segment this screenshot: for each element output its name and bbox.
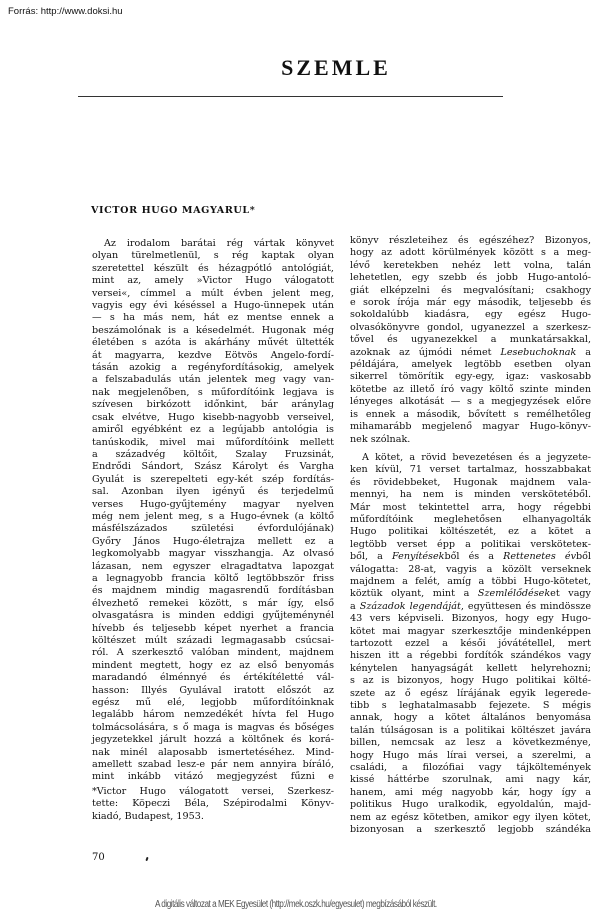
text-line: kissé háttérbe szorulnak, ami nagy kár,	[350, 774, 591, 786]
text-line: Az irodalom barátai rég vártak könyvet	[92, 238, 334, 250]
text-line: is ennek a második, bővített s remélhető…	[350, 409, 591, 421]
italic-title: Századok legendáját	[360, 601, 461, 612]
text-line: mindent megtett, hogy ez az első benyomá…	[92, 660, 334, 672]
text-line: hogy az adott körülmények között s a meg…	[350, 247, 591, 259]
text-line: másfélszázados születési évfordulójának)	[92, 523, 334, 535]
text-line: a felszabadulás után jelentek meg vagy v…	[92, 374, 334, 386]
text-line: bizonyosan a szerkesztő legjobb szándéka	[350, 824, 591, 836]
text-line: hiszen itt a régebbi fordítók szándékos …	[350, 650, 591, 662]
text-line: könyv részleteihez és egészéhez? Bizonyo…	[350, 235, 591, 247]
left-column: Az irodalom barátai rég vártak könyvetol…	[92, 238, 334, 784]
text-line: Endrődi Sándort, Szász Károlyt és Vargha	[92, 461, 334, 473]
text-line: lehetetlen, egy szebb és jobb Hugo-antol…	[350, 272, 591, 284]
text-line: ken kívül, 71 verset tartalmaz, hosszabb…	[350, 464, 591, 476]
text-line: Gyulát is szerepelteti egy-két szép ford…	[92, 474, 334, 486]
text-line: olvasókönyvre gondol, ugyanezzel a szerk…	[350, 322, 591, 334]
text-line: mennyi, ha nem is minden verskötetéből.	[350, 489, 591, 501]
scan-speck	[145, 857, 148, 861]
text-line: tartozott ezzel a késői jóvátétellel, me…	[350, 638, 591, 650]
text-line: 43 vers képviseli. Bizonyos, hogy egy Hu…	[350, 613, 591, 625]
text-line: szete az ő egész lírájának egyik legered…	[350, 688, 591, 700]
text-line: szívesen birkózott időnkint, bár arányla…	[92, 399, 334, 411]
text-line: és rövidebbeket, Hugonak majdnem vala-	[350, 477, 591, 489]
text-line: sikerrel tömörítik egy-egy, igaz: vaskos…	[350, 371, 591, 383]
text-line: giát elképzelni és megvalósítani; csakho…	[350, 285, 591, 297]
text-line: tibb s leghatalmasabb fejezete. S mégis	[350, 700, 591, 712]
text-line: e sorok írója már egy második, teljesebb…	[350, 297, 591, 309]
text-line: lévő keretekben nehéz lett volna, talán	[350, 260, 591, 272]
footnote: *Victor Hugo válogatott versei, Szerkesz…	[92, 786, 334, 823]
text-line: válogatta: 28-at, vagyis a közölt versek…	[350, 564, 591, 576]
text-line: életében s azóta is akárhány művét ültet…	[92, 337, 334, 349]
text-line: olyan türelmetlenül, s rég kaptak olyan	[92, 250, 334, 262]
source-label: Forrás: http://www.doksi.hu	[8, 6, 123, 17]
text-line: lázasan, nem egyszer elragadtatva lapozg…	[92, 561, 334, 573]
article-title: VICTOR HUGO MAGYARUL*	[91, 205, 255, 216]
text-line: családi, a filozófiai vagy tájkölteménye…	[350, 762, 591, 774]
text-line: tővel és ugyanezekkel a munkatársakkal,	[350, 334, 591, 346]
text-line: hívebb és teljesebb képet nyerhet a fran…	[92, 623, 334, 635]
text-line: és majdnem mindig magasrendű fordításban	[92, 585, 334, 597]
text-line: kiadó, Budapest, 1953.	[92, 811, 334, 823]
text-line: mint az, amely »Victor Hugo válogatott	[92, 275, 334, 287]
text-line: verses Hugo-gyűjtemény magyar nyelven	[92, 499, 334, 511]
text-line: műfordítóink meglehetősen elhanyagolták	[350, 514, 591, 526]
text-line: sal. Azonban ilyen igényű és terjedelmű	[92, 486, 334, 498]
text-line: amellett szabad lesz-e pár nem annyira b…	[92, 759, 334, 771]
digital-credit: A digitális változat a MEK Egyesület (ht…	[155, 899, 437, 910]
text-line: nem az egész kötetben, amikor egy ilyen …	[350, 812, 591, 824]
text-line: nek szólnak.	[350, 434, 591, 446]
text-line: hanem, ami még nagyobb kár, hogy így a	[350, 787, 591, 799]
text-line: tolmácsolására, s ő maga is magvas és bő…	[92, 722, 334, 734]
text-line: ből, a Fenyítésekből és a Rettenetes évb…	[350, 551, 591, 563]
text-line: kötetbe az illető író vagy költő szinte …	[350, 384, 591, 396]
italic-title: Fenyítések	[392, 551, 444, 562]
text-line: egész mű elé, legjobb műfordítóinknak	[92, 697, 334, 709]
text-line: mihamarább megjelenő magyar Hugo-könyv-	[350, 421, 591, 433]
text-line: olvasgatásra is minden eddigi gyűjtemény…	[92, 610, 334, 622]
text-line: Hugo politikai költészetét, ez a kötet a	[350, 526, 591, 538]
text-line: s az is bizonyos, hogy Hugo politikai kö…	[350, 675, 591, 687]
text-line: hogy Hugo más lírai versei, a szerelmi, …	[350, 750, 591, 762]
right-column: könyv részleteihez és egészéhez? Bizonyo…	[350, 235, 591, 837]
text-line: legkomolyabb magyar visszhangja. Az olva…	[92, 548, 334, 560]
page-number: 70	[92, 852, 105, 863]
text-line: szeretettel készült és hézagpótló antoló…	[92, 263, 334, 275]
text-line: a legnagyobb francia költő legtöbbször f…	[92, 573, 334, 585]
text-line: azoknak az újmódi német Lesebuchoknak a	[350, 347, 591, 359]
text-line: költészet múlt századi legmagasabb csúcs…	[92, 635, 334, 647]
text-line: jegyzetekkel járult hozzá a költőnek és …	[92, 734, 334, 746]
text-line: beszámolónak is a késedelmét. Hugonak mé…	[92, 325, 334, 337]
text-line: annak, hogy a kötet általános benyomása	[350, 712, 591, 724]
text-line: Már most tekintettel arra, hogy régebbi	[350, 502, 591, 514]
text-line: Győry János Hugo-életrajza mellett ez a	[92, 536, 334, 548]
journal-section-title: SZEMLE	[0, 55, 612, 81]
text-line: ról. A szerkesztő valóban mindent, majdn…	[92, 647, 334, 659]
text-line: *Victor Hugo válogatott versei, Szerkesz…	[92, 786, 334, 798]
text-line: amiről egyébként ez a legújabb antológia…	[92, 424, 334, 436]
text-line: — s ha más nem, hát ez mentse ennek a	[92, 312, 334, 324]
text-line: tásán azokig a regényfordításokig, amely…	[92, 362, 334, 374]
text-line: legtöbb verset épp a politikai verskötet…	[350, 539, 591, 551]
text-line: majdnem a felét, amíg a többi Hugo-kötet…	[350, 576, 591, 588]
text-line: A kötet, a rövid bevezetésen és a jegyze…	[350, 452, 591, 464]
text-line: köztük olyant, mint a Szemlélődéseket va…	[350, 588, 591, 600]
text-line: hasson: Illyés Gyulával iratott előszót …	[92, 685, 334, 697]
text-line: még nem jelent meg, s a Hugo-évnek (a kö…	[92, 511, 334, 523]
text-line: tanúskodik, mivel mai műfordítóink melle…	[92, 437, 334, 449]
text-line: át magyarra, kezdve Eötvös Angelo-fordí-	[92, 350, 334, 362]
text-line: a Századok legendáját, együttesen és min…	[350, 601, 591, 613]
italic-title: Rettenetes év	[503, 551, 576, 562]
italic-title: Szemlélődések	[478, 588, 550, 599]
text-line: vagyis egy évi késéssel a Hugo-ünnepek u…	[92, 300, 334, 312]
text-line: nak minél alaposabb ismertetéséhez. Mind…	[92, 747, 334, 759]
text-line: billen, nemcsak az lesz a következménye,	[350, 737, 591, 749]
text-line: sokoldalúbb kiadásra, egy egész Hugo-	[350, 309, 591, 321]
text-line: élvezhető remekei között, s már így, els…	[92, 598, 334, 610]
text-line: talán túlságosan is a politikai költésze…	[350, 725, 591, 737]
text-line: a századvég költőit, Szalay Fruzsinát,	[92, 449, 334, 461]
text-line: példájára, amelyek legtöbb esetben olyan	[350, 359, 591, 371]
text-line: tette: Köpeczi Béla, Szépirodalmi Könyv-	[92, 798, 334, 810]
italic-title: Lesebuchoknak	[500, 347, 576, 358]
text-line: lényeges alkotását — s a megjegyzések el…	[350, 396, 591, 408]
text-line: kénytelen hanyagságát kellett helyrehozn…	[350, 663, 591, 675]
text-line: csak elvétve, Hugo kisebb-nagyobb versei…	[92, 412, 334, 424]
header-rule	[78, 96, 503, 97]
text-line: kötet mai magyar szerkesztője mindenképp…	[350, 626, 591, 638]
text-line: maradandó élménnyé és értékítéletté vál-	[92, 672, 334, 684]
text-line: politikus Hugo uralkodik, egyoldalún, ma…	[350, 799, 591, 811]
text-line: nak megjelenőben, s műfordítóink legjava…	[92, 387, 334, 399]
text-line: legalább három nemzedékét hívta fel Hugo	[92, 709, 334, 721]
text-line: versei«, címmel a múlt évben jelent meg,	[92, 288, 334, 300]
text-line: mint inkább vitázó megjegyzést fűzni e	[92, 771, 334, 783]
